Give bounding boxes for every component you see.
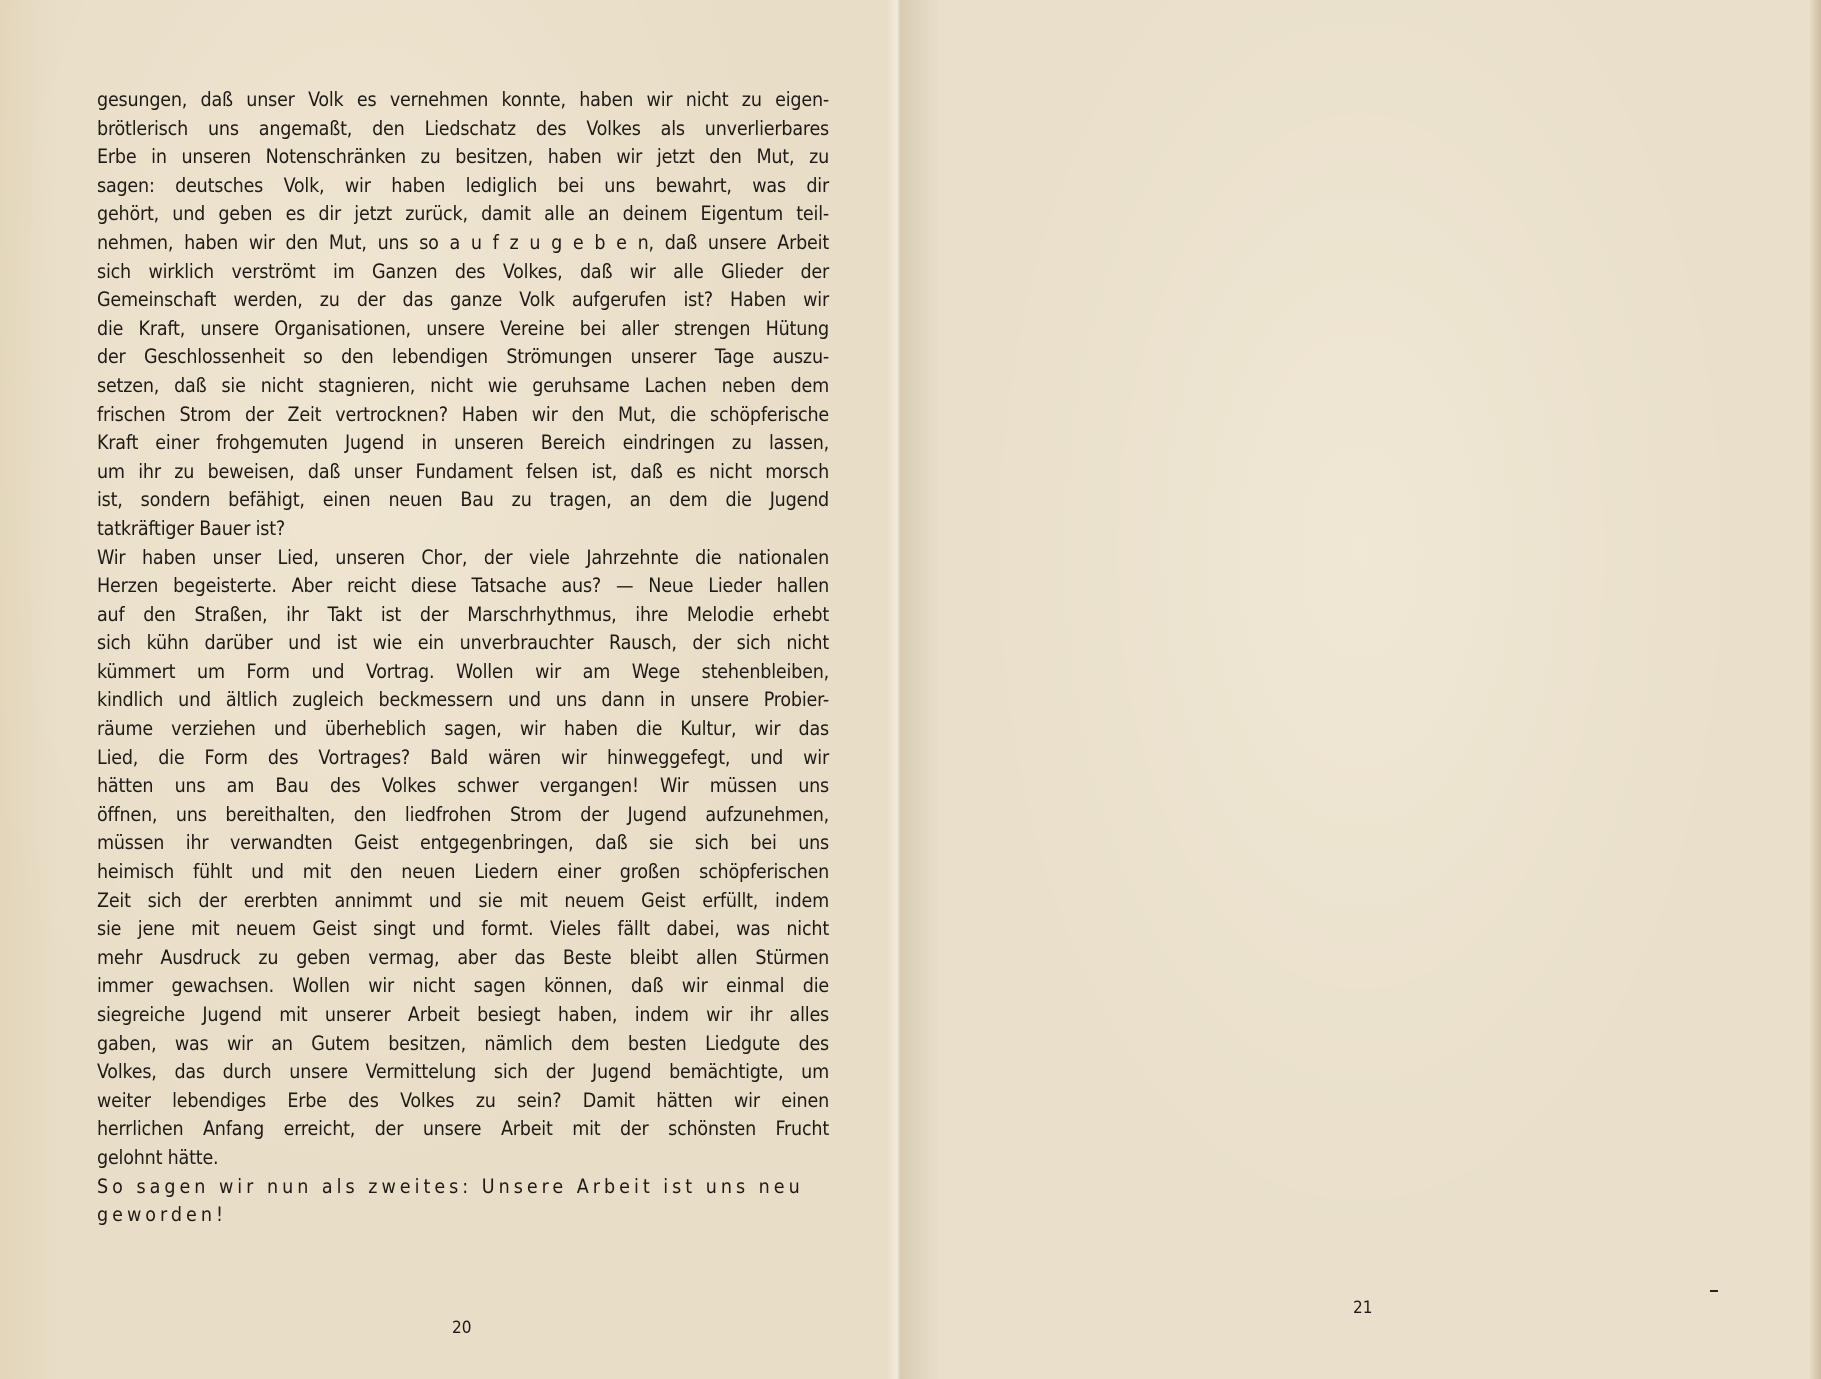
text-line: die Kraft, unsere Organisationen, unsere… xyxy=(97,315,829,344)
text-line: gelohnt hätte. xyxy=(97,1144,829,1173)
text-line: kümmert um Form und Vortrag. Wollen wir … xyxy=(97,658,829,687)
text-line: Gemeinschaft werden, zu der das ganze Vo… xyxy=(97,286,829,315)
text-line: Kraft einer frohgemuten Jugend in unsere… xyxy=(97,429,829,458)
text-line: räume verziehen und überheblich sagen, w… xyxy=(97,715,829,744)
text-line: kindlich und ältlich zugleich beckmesser… xyxy=(97,686,829,715)
text-line: brötlerisch uns angemaßt, den Liedschatz… xyxy=(97,115,829,144)
text-line: auf den Straßen, ihr Takt ist der Marsch… xyxy=(97,601,829,630)
text-line: nehmen, haben wir den Mut, uns so a u f … xyxy=(97,229,829,258)
text-line: Volkes, das durch unsere Vermittelung si… xyxy=(97,1058,829,1087)
text-line: frischen Strom der Zeit vertrocknen? Hab… xyxy=(97,401,829,430)
text-line: Lied, die Form des Vortrages? Bald wären… xyxy=(97,744,829,773)
page-number-left: 20 xyxy=(452,1318,471,1338)
text-line: tatkräftiger Bauer ist? xyxy=(97,515,829,544)
text-line: geworden! xyxy=(97,1201,829,1230)
text-line: Wir haben unser Lied, unseren Chor, der … xyxy=(97,544,829,573)
text-line: siegreiche Jugend mit unserer Arbeit bes… xyxy=(97,1001,829,1030)
text-line: heimisch fühlt und mit den neuen Liedern… xyxy=(97,858,829,887)
paper-speck xyxy=(1710,1290,1718,1292)
text-line: gesungen, daß unser Volk es vernehmen ko… xyxy=(97,86,829,115)
text-line: der Geschlossenheit so den lebendigen St… xyxy=(97,343,829,372)
text-line: sich wirklich verströmt im Ganzen des Vo… xyxy=(97,258,829,287)
text-line: müssen ihr verwandten Geist entgegenbrin… xyxy=(97,829,829,858)
text-line: Herzen begeisterte. Aber reicht diese Ta… xyxy=(97,572,829,601)
left-page-text: gesungen, daß unser Volk es vernehmen ko… xyxy=(97,86,829,1230)
text-line: Erbe in unseren Notenschränken zu besitz… xyxy=(97,143,829,172)
text-line: immer gewachsen. Wollen wir nicht sagen … xyxy=(97,972,829,1001)
text-line: gehört, und geben es dir jetzt zurück, d… xyxy=(97,200,829,229)
text-line: öffnen, uns bereithalten, den liedfrohen… xyxy=(97,801,829,830)
left-page: gesungen, daß unser Volk es vernehmen ko… xyxy=(0,0,900,1379)
text-line: So sagen wir nun als zweites: Unsere Arb… xyxy=(97,1173,829,1202)
page-number-right: 21 xyxy=(1353,1298,1372,1318)
text-line: mehr Ausdruck zu geben vermag, aber das … xyxy=(97,944,829,973)
right-page: Gewaltig hat sich unser Aufgabenbereich … xyxy=(900,0,1821,1379)
text-line: sich kühn darüber und ist wie ein unverb… xyxy=(97,629,829,658)
text-line: setzen, daß sie nicht stagnieren, nicht … xyxy=(97,372,829,401)
text-line: um ihr zu beweisen, daß unser Fundament … xyxy=(97,458,829,487)
text-line: sagen: deutsches Volk, wir haben ledigli… xyxy=(97,172,829,201)
text-line: sie jene mit neuem Geist singt und formt… xyxy=(97,915,829,944)
text-line: weiter lebendiges Erbe des Volkes zu sei… xyxy=(97,1087,829,1116)
text-line: Zeit sich der ererbten annimmt und sie m… xyxy=(97,887,829,916)
text-line: gaben, was wir an Gutem besitzen, nämlic… xyxy=(97,1030,829,1059)
text-line: ist, sondern befähigt, einen neuen Bau z… xyxy=(97,486,829,515)
text-line: herrlichen Anfang erreicht, der unsere A… xyxy=(97,1115,829,1144)
book-spread: gesungen, daß unser Volk es vernehmen ko… xyxy=(0,0,1821,1379)
text-line: hätten uns am Bau des Volkes schwer verg… xyxy=(97,772,829,801)
